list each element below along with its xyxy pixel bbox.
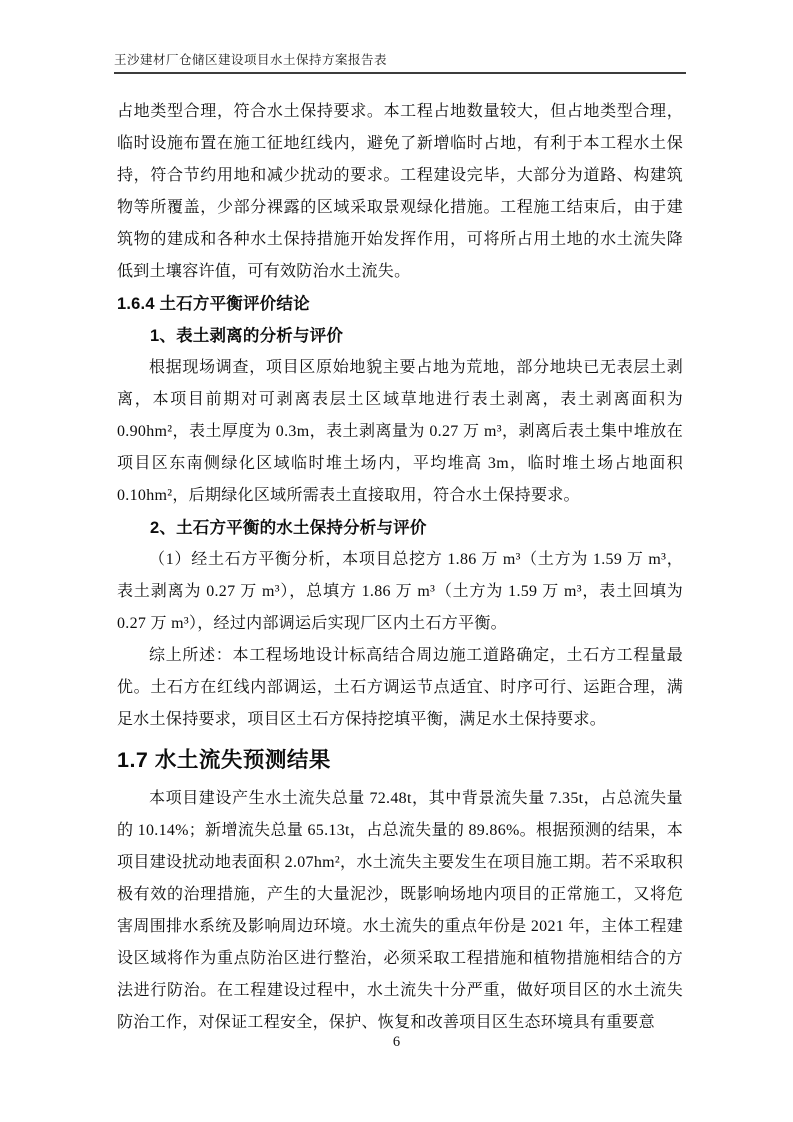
subheading-earthwork-balance: 2、土石方平衡的水土保持分析与评价 [117,512,683,544]
page-number: 6 [393,1034,400,1050]
section-heading-1-6-4: 1.6.4 土石方平衡评价结论 [117,288,683,320]
page-footer: 6 [0,1034,793,1051]
paragraph-earthwork-balance: （1）经土石方平衡分析，本项目总挖方 1.86 万 m³（土方为 1.59 万 … [117,544,683,640]
paragraph-topsoil-stripping: 根据现场调查，项目区原始地貌主要占地为荒地，部分地块已无表层土剥离，本项目前期对… [117,352,683,512]
subheading-topsoil-stripping: 1、表土剥离的分析与评价 [117,320,683,352]
paragraph-soil-loss-prediction: 本项目建设产生水土流失总量 72.48t，其中背景流失量 7.35t，占总流失量… [117,783,683,1039]
document-body: 占地类型合理，符合水土保持要求。本工程占地数量较大，但占地类型合理，临时设施布置… [117,96,683,1039]
paragraph-earthwork-summary: 综上所述：本工程场地设计标高结合周边施工道路确定，土石方工程量最优。土石方在红线… [117,640,683,736]
page-header: 王沙建材厂仓储区建设项目水土保持方案报告表 [114,52,686,74]
page-header-title: 王沙建材厂仓储区建设项目水土保持方案报告表 [114,53,387,67]
section-heading-1-7: 1.7 水土流失预测结果 [117,741,683,779]
document-page: 王沙建材厂仓储区建设项目水土保持方案报告表 占地类型合理，符合水土保持要求。本工… [0,0,793,1122]
paragraph-land-use-conclusion: 占地类型合理，符合水土保持要求。本工程占地数量较大，但占地类型合理，临时设施布置… [117,96,683,288]
